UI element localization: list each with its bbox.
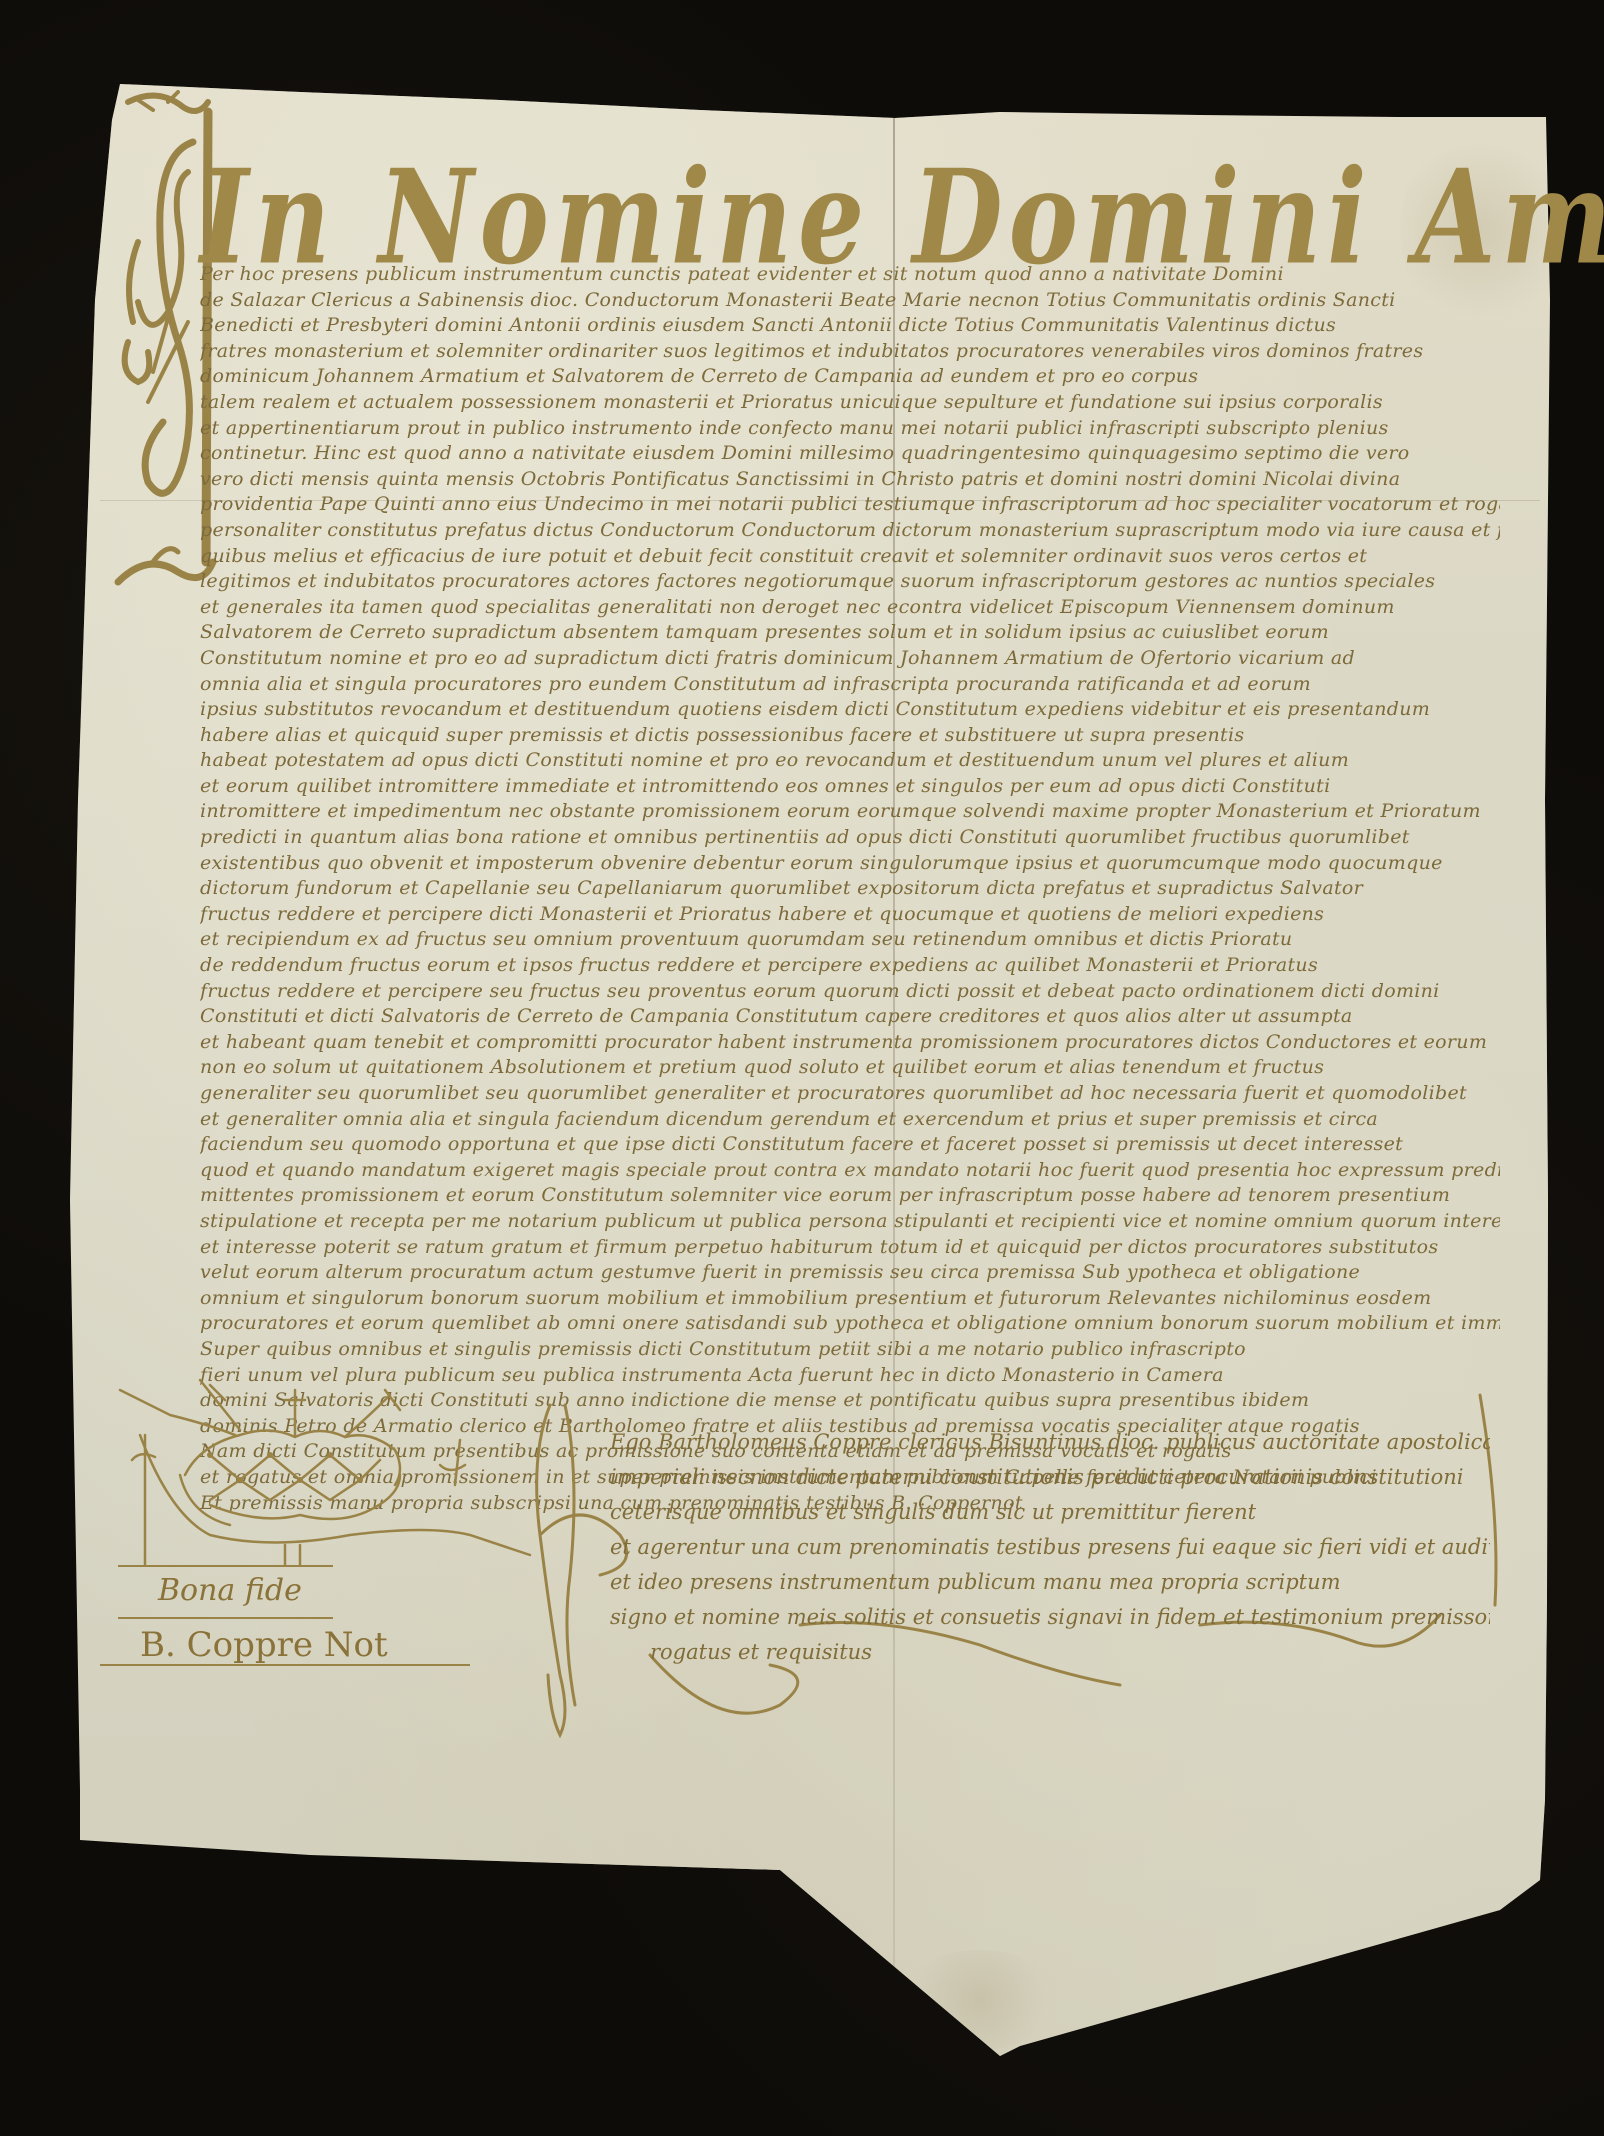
notarial-signum-icon bbox=[110, 1375, 590, 1565]
subscription-line: Ego Bartholomeus Coppre clericus Bisunti… bbox=[610, 1425, 1490, 1460]
body-line: de reddendum fructus eorum et ipsos fruc… bbox=[200, 953, 1500, 979]
body-line: Benedicti et Presbyteri domini Antonii o… bbox=[200, 313, 1500, 339]
body-line: personaliter constitutus prefatus dictus… bbox=[200, 518, 1500, 544]
body-line: providentia Pape Quinti anno eius Undeci… bbox=[200, 492, 1500, 518]
body-line: et eorum quilibet intromittere immediate… bbox=[200, 774, 1500, 800]
body-line: continetur. Hinc est quod anno a nativit… bbox=[200, 441, 1500, 467]
body-line: intromittere et impedimentum nec obstant… bbox=[200, 799, 1500, 825]
body-line: et habeant quam tenebit et compromitti p… bbox=[200, 1030, 1500, 1056]
body-line: faciendum seu quomodo opportuna et que i… bbox=[200, 1132, 1500, 1158]
body-line: et recipiendum ex ad fructus seu omnium … bbox=[200, 927, 1500, 953]
body-line: dominicum Johannem Armatium et Salvatore… bbox=[200, 364, 1500, 390]
signum-motto: Bona fide bbox=[158, 1573, 302, 1608]
body-line: de Salazar Clericus a Sabinensis dioc. C… bbox=[200, 288, 1500, 314]
subscription-line: et agerentur una cum prenominatis testib… bbox=[610, 1530, 1490, 1565]
body-line: vero dicti mensis quinta mensis Octobris… bbox=[200, 467, 1500, 493]
subscription-line: ceterisque omnibus et singulis dum sic u… bbox=[610, 1495, 1490, 1530]
subscription-line: signo et nomine meis solitis et consueti… bbox=[610, 1600, 1490, 1635]
body-line: habeat potestatem ad opus dicti Constitu… bbox=[200, 748, 1500, 774]
body-line: dictorum fundorum et Capellanie seu Cape… bbox=[200, 876, 1500, 902]
body-line: habere alias et quicquid super premissis… bbox=[200, 723, 1500, 749]
body-line: fratres monasterium et solemniter ordina… bbox=[200, 339, 1500, 365]
body-line: mittentes promissionem et eorum Constitu… bbox=[200, 1183, 1500, 1209]
body-line: existentibus quo obvenit et imposterum o… bbox=[200, 851, 1500, 877]
body-line: fructus reddere et percipere seu fructus… bbox=[200, 979, 1500, 1005]
body-line: procuratores et eorum quemlibet ab omni … bbox=[200, 1311, 1500, 1337]
body-line: quod et quando mandatum exigeret magis s… bbox=[200, 1158, 1500, 1184]
subscription-line: rogatus et requisitus bbox=[610, 1635, 1490, 1670]
body-line: quibus melius et efficacius de iure potu… bbox=[200, 544, 1500, 570]
body-line: Per hoc presens publicum instrumentum cu… bbox=[200, 262, 1500, 288]
body-line: ipsius substitutos revocandum et destitu… bbox=[200, 697, 1500, 723]
body-line: Salvatorem de Cerreto supradictum absent… bbox=[200, 620, 1500, 646]
signum-notary-name: B. Coppre Not bbox=[140, 1625, 388, 1665]
body-line: fructus reddere et percipere dicti Monas… bbox=[200, 902, 1500, 928]
subscription-line: et ideo presens instrumentum publicum ma… bbox=[610, 1565, 1490, 1600]
body-line: non eo solum ut quitationem Absolutionem… bbox=[200, 1055, 1500, 1081]
body-line: talem realem et actualem possessionem mo… bbox=[200, 390, 1500, 416]
body-line: omnia alia et singula procuratores pro e… bbox=[200, 672, 1500, 698]
document-body: Per hoc presens publicum instrumentum cu… bbox=[200, 262, 1500, 1516]
subscription-line: imperiali necnon dicte paterni constitut… bbox=[610, 1460, 1490, 1495]
body-line: stipulatione et recepta per me notarium … bbox=[200, 1209, 1500, 1235]
body-line: et generaliter omnia alia et singula fac… bbox=[200, 1107, 1500, 1133]
body-line: Constituti et dicti Salvatoris de Cerret… bbox=[200, 1004, 1500, 1030]
body-line: Super quibus omnibus et singulis premiss… bbox=[200, 1337, 1500, 1363]
body-line: et appertinentiarum prout in publico ins… bbox=[200, 416, 1500, 442]
body-line: et interesse poterit se ratum gratum et … bbox=[200, 1235, 1500, 1261]
body-line: Constitutum nomine et pro eo ad supradic… bbox=[200, 646, 1500, 672]
body-line: velut eorum alterum procuratum actum ges… bbox=[200, 1260, 1500, 1286]
notary-subscription: Ego Bartholomeus Coppre clericus Bisunti… bbox=[610, 1425, 1490, 1670]
body-line: predicti in quantum alias bona ratione e… bbox=[200, 825, 1500, 851]
body-line: generaliter seu quorumlibet seu quorumli… bbox=[200, 1081, 1500, 1107]
body-line: omnium et singulorum bonorum suorum mobi… bbox=[200, 1286, 1500, 1312]
body-line: et generales ita tamen quod specialitas … bbox=[200, 595, 1500, 621]
body-line: legitimos et indubitatos procuratores ac… bbox=[200, 569, 1500, 595]
